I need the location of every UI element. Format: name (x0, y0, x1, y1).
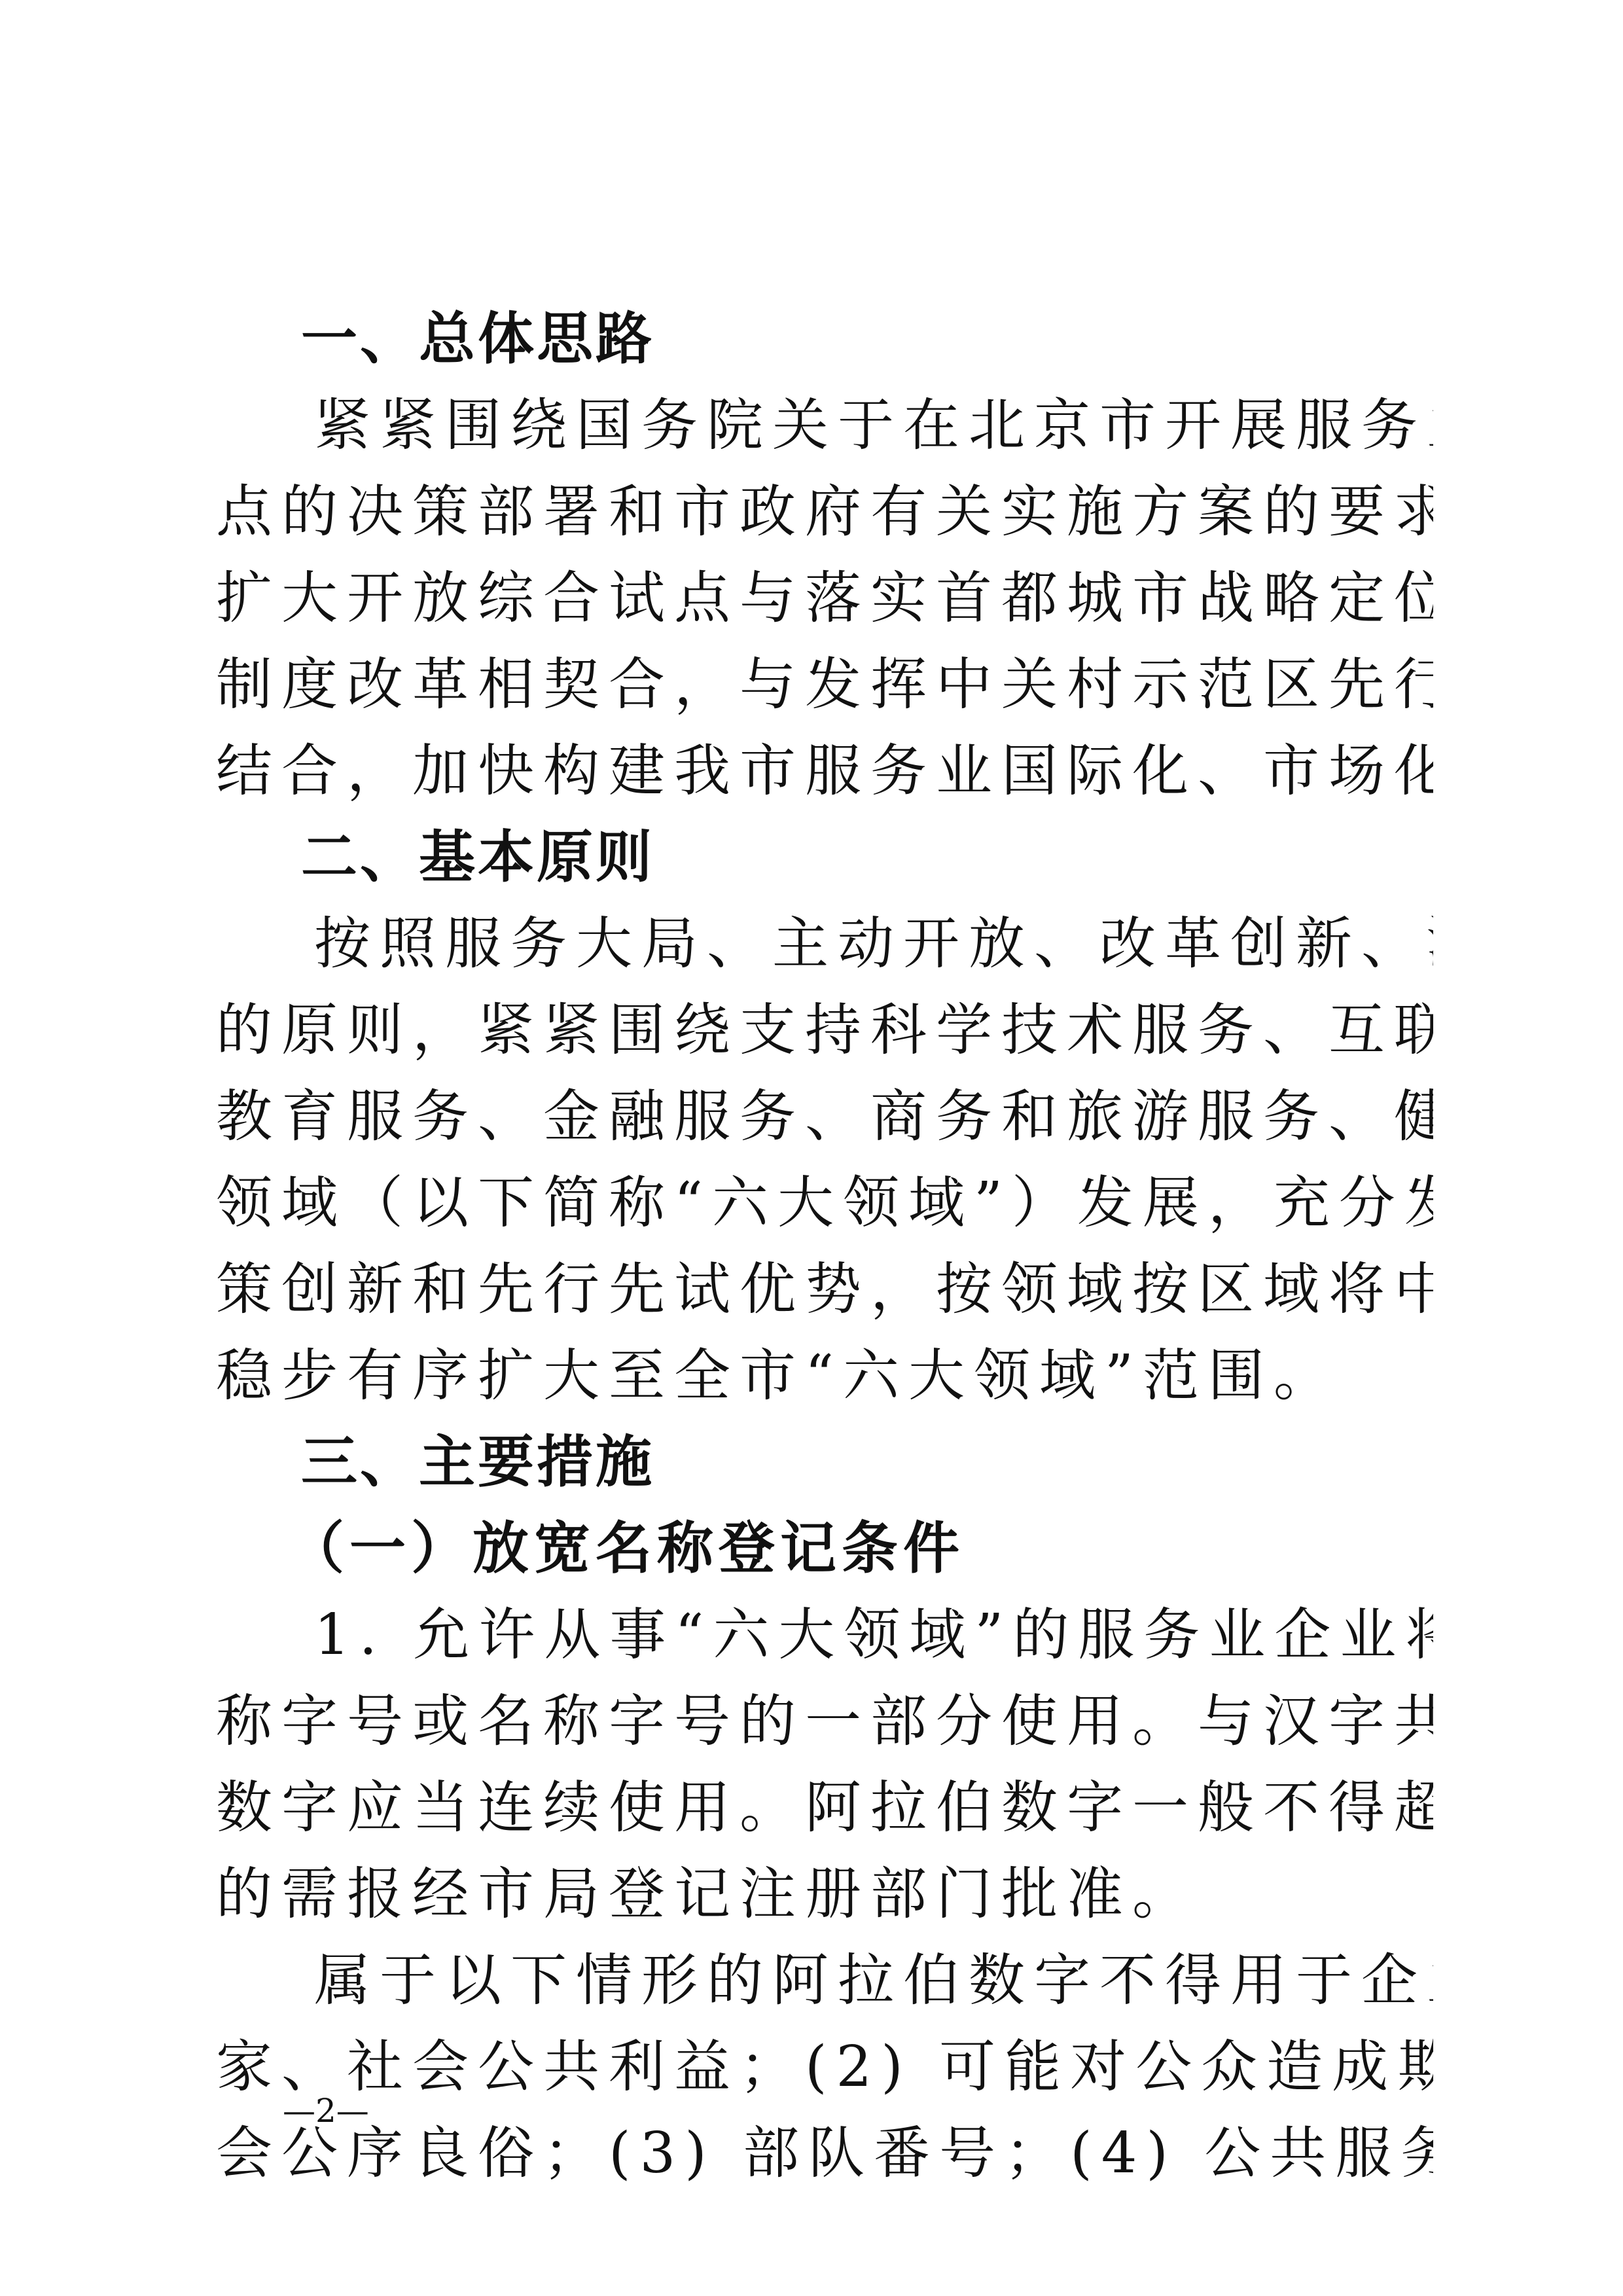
paragraph-line: 稳步有序扩大至全市“六大领域”范围。 (216, 1333, 1433, 1419)
section-heading-main-measures: 三、主要措施 (216, 1419, 1433, 1505)
paragraph-line: 称字号或名称字号的一部分使用。与汉字共同用作字号的阿拉伯 (216, 1678, 1433, 1765)
paragraph-line: 紧紧围绕国务院关于在北京市开展服务业扩大开放综合试 (216, 382, 1433, 469)
paragraph-line: 数字应当连续使用。阿拉伯数字一般不得超过 5 位，有特殊理由 (216, 1765, 1433, 1851)
paragraph-arabic-numerals: 1. 允许从事“六大领域”的服务业企业将阿拉伯数字作为名 称字号或名称字号的一部… (216, 1592, 1433, 1937)
section-heading-basic-principles: 二、基本原则 (216, 814, 1433, 901)
document-body: 一、总体思路 紧紧围绕国务院关于在北京市开展服务业扩大开放综合试 点的决策部署和… (216, 296, 1433, 2197)
paragraph-line: 属于以下情形的阿拉伯数字不得用于企业名称：(1) 有损国 (216, 1937, 1433, 2024)
subsection-heading-name-registration: （一）放宽名称登记条件 (216, 1505, 1433, 1592)
paragraph-line: 制度改革相契合，与发挥中关村示范区先行先试政策禀赋优势相 (216, 641, 1433, 728)
paragraph-line: 会公序良俗；(3) 部队番号；(4) 公共服务电话号码（公共服务电 (216, 2110, 1433, 2197)
section-heading-overall-approach: 一、总体思路 (216, 296, 1433, 382)
page-number: —2— (283, 2092, 369, 2130)
paragraph-line: 教育服务、金融服务、商务和旅游服务、健康医疗服务六大重点 (216, 1073, 1433, 1160)
paragraph-line: 点的决策部署和市政府有关实施方案的要求，将推动我市服务业 (216, 469, 1433, 555)
paragraph-line: 的原则，紧紧围绕支持科学技术服务、互联网和信息服务、文化 (216, 987, 1433, 1073)
paragraph-line: 结合，加快构建我市服务业国际化、市场化、法治化的营商环境。 (216, 728, 1433, 814)
paragraph-line: 领域（以下简称“六大领域”）发展，充分发挥中关村示范区政 (216, 1160, 1433, 1246)
paragraph-prohibited-numerals: 属于以下情形的阿拉伯数字不得用于企业名称：(1) 有损国 家、社会公共利益；(2… (216, 1937, 1433, 2197)
paragraph-line: 扩大开放综合试点与落实首都城市战略定位相融合，与深化商事 (216, 555, 1433, 641)
paragraph-line: 1. 允许从事“六大领域”的服务业企业将阿拉伯数字作为名 (216, 1592, 1433, 1678)
paragraph-line: 按照服务大局、主动开放、改革创新、渐进推动、风险可控 (216, 901, 1433, 987)
paragraph-basic-principles: 按照服务大局、主动开放、改革创新、渐进推动、风险可控 的原则，紧紧围绕支持科学技… (216, 901, 1433, 1419)
paragraph-line: 家、社会公共利益；(2) 可能对公众造成欺骗、误解或者违反社 (216, 2024, 1433, 2110)
paragraph-line: 策创新和先行先试优势，按领域按区域将中关村示范区政策措施 (216, 1246, 1433, 1333)
paragraph-overall-approach: 紧紧围绕国务院关于在北京市开展服务业扩大开放综合试 点的决策部署和市政府有关实施… (216, 382, 1433, 814)
paragraph-line: 的需报经市局登记注册部门批准。 (216, 1851, 1433, 1937)
